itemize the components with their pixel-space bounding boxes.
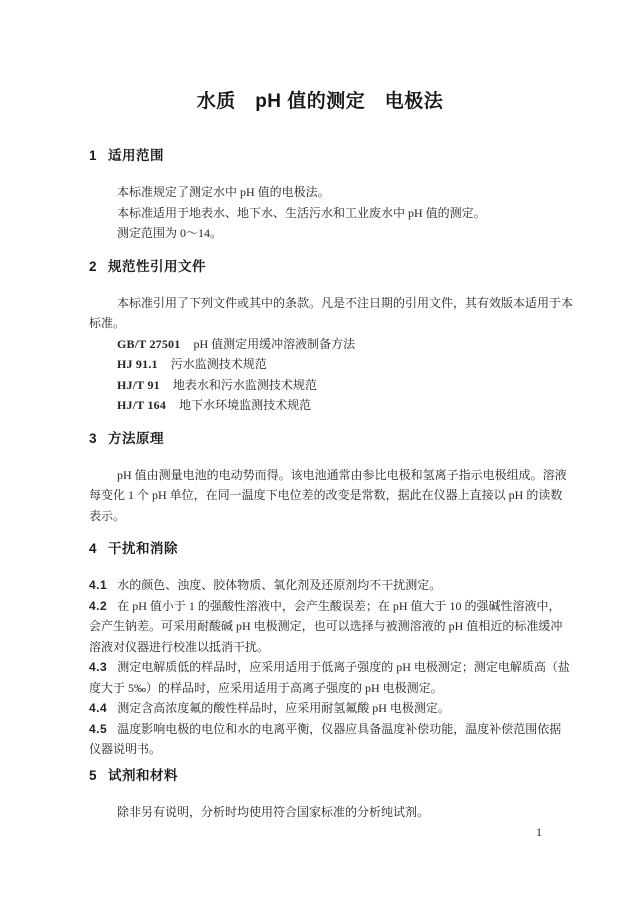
section-number: 5 [89,768,97,783]
section-heading-text: 规范性引用文件 [108,259,206,274]
text-line: 会产生钠差。可采用耐酸碱 pH 电极测定，也可以选择与被测溶液的 pH 值相近的… [89,616,551,637]
reference-item: HJ 91.1污水监测技术规范 [89,354,551,375]
section-2: 2规范性引用文件本标准引用了下列文件或其中的条款。凡是不注日期的引用文件，其有效… [89,257,551,416]
text-line: 4.3测定电解质低的样品时，应采用适用于低离子强度的 pH 电极测定；测定电解质… [89,657,551,678]
page-number: 1 [536,825,542,840]
text-line: 本标准规定了测定水中 pH 值的电极法。 [89,182,551,203]
section-heading: 4干扰和消除 [89,539,551,559]
document-page: 水质 pH 值的测定 电极法 1适用范围本标准规定了测定水中 pH 值的电极法。… [0,0,640,905]
text-line: 4.4测定含高浓度氟的酸性样品时，应采用耐氢氟酸 pH 电极测定。 [89,698,551,719]
section-1: 1适用范围本标准规定了测定水中 pH 值的电极法。本标准适用于地表水、地下水、生… [89,146,551,244]
text-line: 溶液对仪器进行校准以抵消干扰。 [89,637,551,658]
clause-number: 4.1 [89,578,107,592]
reference-item: HJ/T 164地下水环境监测技术规范 [89,395,551,416]
section-number: 2 [89,259,97,274]
text-line: pH 值由测量电池的电动势而得。该电池通常由参比电极和氢离子指示电极组成。溶液 [89,465,551,486]
clause-number: 4.4 [89,701,107,715]
reference-code: HJ 91.1 [117,357,158,371]
clause-number: 4.2 [89,599,107,613]
section-heading-text: 试剂和材料 [108,768,178,783]
section-number: 1 [89,148,97,163]
reference-item: GB/T 27501pH 值测定用缓冲溶液制备方法 [89,334,551,355]
section-heading-text: 干扰和消除 [108,541,178,556]
reference-name: 地表水和污水监测技术规范 [173,378,317,392]
text-line: 度大于 5‰）的样品时，应采用适用于高离子强度的 pH 电极测定。 [89,678,551,699]
section-heading-text: 适用范围 [108,148,164,163]
text-line: 仪器说明书。 [89,739,551,760]
clause-number: 4.5 [89,722,107,736]
text-line: 本标准引用了下列文件或其中的条款。凡是不注日期的引用文件，其有效版本适用于本 [89,293,551,314]
section-heading: 1适用范围 [89,146,551,166]
document-title: 水质 pH 值的测定 电极法 [89,90,551,114]
reference-item: HJ/T 91地表水和污水监测技术规范 [89,375,551,396]
section-5: 5试剂和材料除非另有说明，分析时均使用符合国家标准的分析纯试剂。 [89,766,551,823]
document-content: 水质 pH 值的测定 电极法 1适用范围本标准规定了测定水中 pH 值的电极法。… [89,90,551,822]
section-heading-text: 方法原理 [108,431,164,446]
text-line: 标准。 [89,313,551,334]
reference-code: HJ/T 164 [117,398,166,412]
reference-name: 地下水环境监测技术规范 [179,398,311,412]
section-3: 3方法原理pH 值由测量电池的电动势而得。该电池通常由参比电极和氢离子指示电极组… [89,429,551,527]
clause-number: 4.3 [89,660,107,674]
text-line: 表示。 [89,506,551,527]
reference-name: pH 值测定用缓冲溶液制备方法 [193,337,355,351]
text-line: 4.5温度影响电极的电位和水的电离平衡，仪器应具备温度补偿功能，温度补偿范围依据 [89,719,551,740]
text-line: 4.2在 pH 值小于 1 的强酸性溶液中，会产生酸误差；在 pH 值大于 10… [89,596,551,617]
reference-name: 污水监测技术规范 [171,357,267,371]
text-line: 测定范围为 0～14。 [89,223,551,244]
text-line: 除非另有说明，分析时均使用符合国家标准的分析纯试剂。 [89,802,551,823]
text-line: 本标准适用于地表水、地下水、生活污水和工业废水中 pH 值的测定。 [89,203,551,224]
section-heading: 2规范性引用文件 [89,257,551,277]
reference-code: GB/T 27501 [117,337,180,351]
section-heading: 3方法原理 [89,429,551,449]
section-number: 3 [89,431,97,446]
text-line: 每变化 1 个 pH 单位，在同一温度下电位差的改变是常数，据此在仪器上直接以 … [89,485,551,506]
section-heading: 5试剂和材料 [89,766,551,786]
text-line: 4.1水的颜色、浊度、胶体物质、氧化剂及还原剂均不干扰测定。 [89,575,551,596]
section-4: 4干扰和消除4.1水的颜色、浊度、胶体物质、氧化剂及还原剂均不干扰测定。4.2在… [89,539,551,760]
section-number: 4 [89,541,97,556]
document-sections: 1适用范围本标准规定了测定水中 pH 值的电极法。本标准适用于地表水、地下水、生… [89,146,551,822]
reference-code: HJ/T 91 [117,378,160,392]
